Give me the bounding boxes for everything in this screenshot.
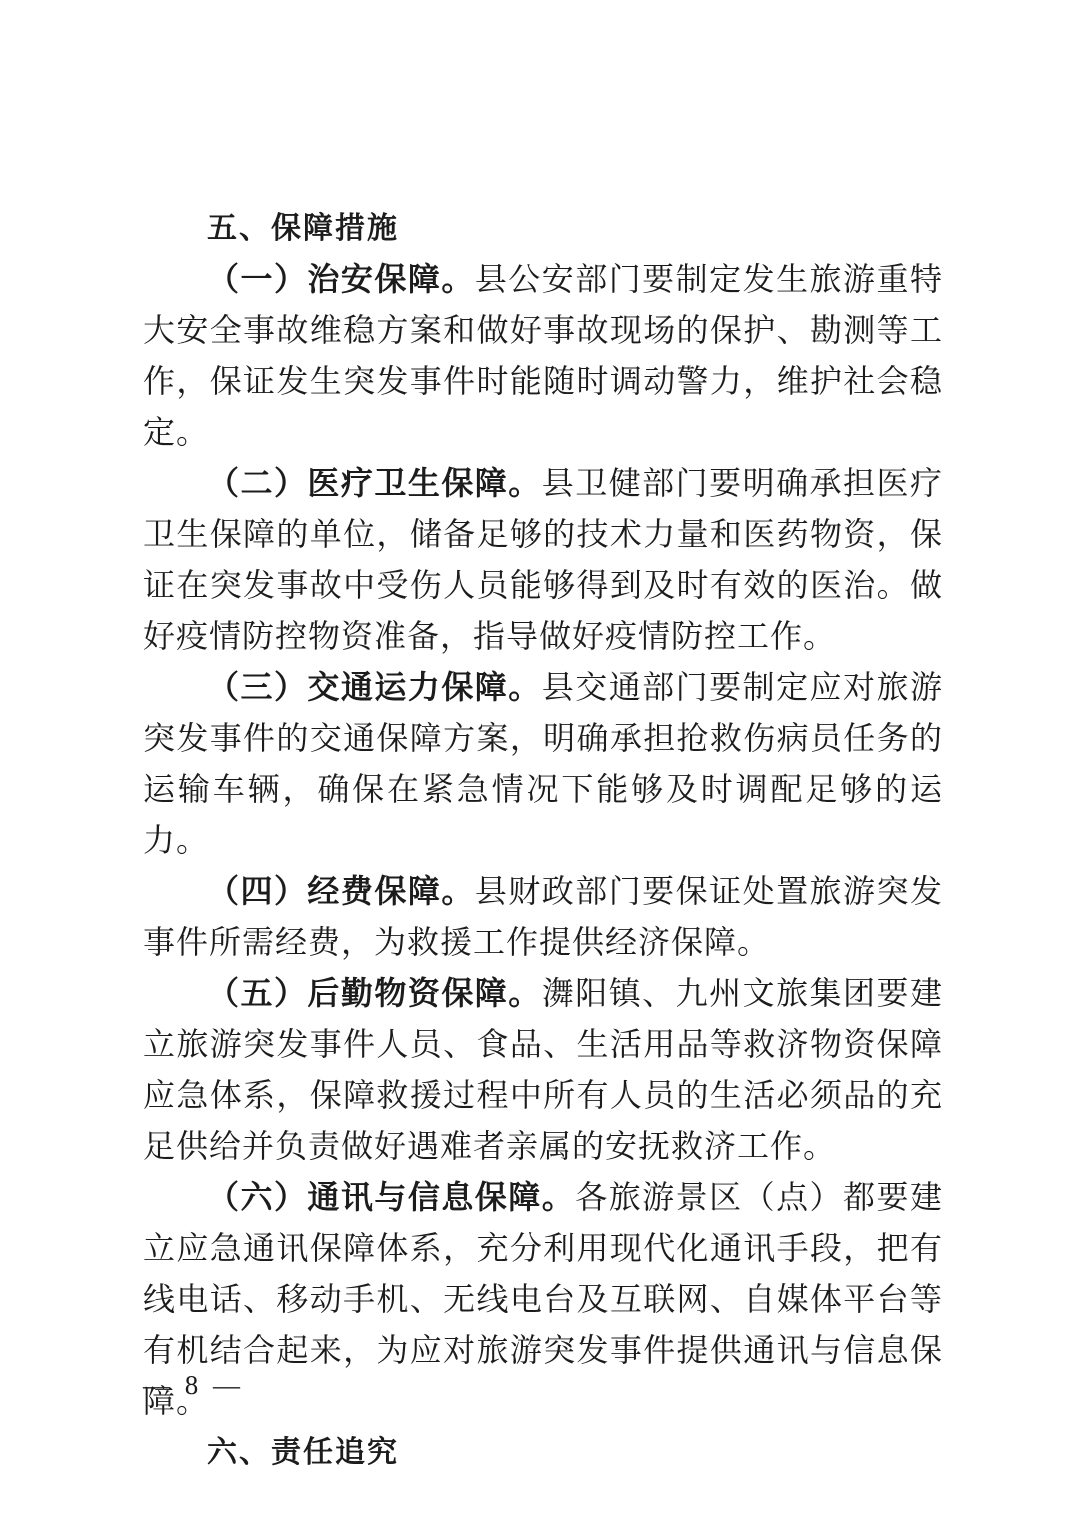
section-heading-safeguards: 五、保障措施: [143, 203, 943, 254]
paragraph-lead-funding: （四）经费保障。: [207, 873, 475, 909]
document-page: 五、保障措施 （一）治安保障。县公安部门要制定发生旅游重特大安全事故维稳方案和做…: [0, 0, 1074, 1520]
paragraph-lead-medical-health: （二）医疗卫生保障。: [207, 465, 542, 501]
paragraph-lead-public-security: （一）治安保障。: [207, 261, 475, 297]
paragraph-medical-health: （二）医疗卫生保障。县卫健部门要明确承担医疗卫生保障的单位，储备足够的技术力量和…: [143, 458, 943, 662]
paragraph-communication-info: （六）通讯与信息保障。各旅游景区（点）都要建立应急通讯保障体系，充分利用现代化通…: [143, 1172, 943, 1427]
paragraph-funding: （四）经费保障。县财政部门要保证处置旅游突发事件所需经费，为救援工作提供经济保障…: [143, 866, 943, 968]
paragraph-public-security: （一）治安保障。县公安部门要制定发生旅游重特大安全事故维稳方案和做好事故现场的保…: [143, 254, 943, 458]
page-number-label: — 8 —: [143, 1370, 240, 1400]
page-number: — 8 —: [143, 1370, 240, 1401]
section-heading-accountability: 六、责任追究: [143, 1427, 943, 1478]
paragraph-text-communication-info: 各旅游景区（点）都要建立应急通讯保障体系，充分利用现代化通讯手段，把有线电话、移…: [143, 1179, 943, 1419]
paragraph-lead-communication-info: （六）通讯与信息保障。: [207, 1179, 575, 1215]
paragraph-logistics-supplies: （五）后勤物资保障。㵲阳镇、九州文旅集团要建立旅游突发事件人员、食品、生活用品等…: [143, 968, 943, 1172]
paragraph-transport-capacity: （三）交通运力保障。县交通部门要制定应对旅游突发事件的交通保障方案，明确承担抢救…: [143, 662, 943, 866]
document-body: 五、保障措施 （一）治安保障。县公安部门要制定发生旅游重特大安全事故维稳方案和做…: [143, 203, 943, 1478]
paragraph-lead-transport-capacity: （三）交通运力保障。: [207, 669, 542, 705]
paragraph-lead-logistics-supplies: （五）后勤物资保障。: [207, 975, 542, 1011]
